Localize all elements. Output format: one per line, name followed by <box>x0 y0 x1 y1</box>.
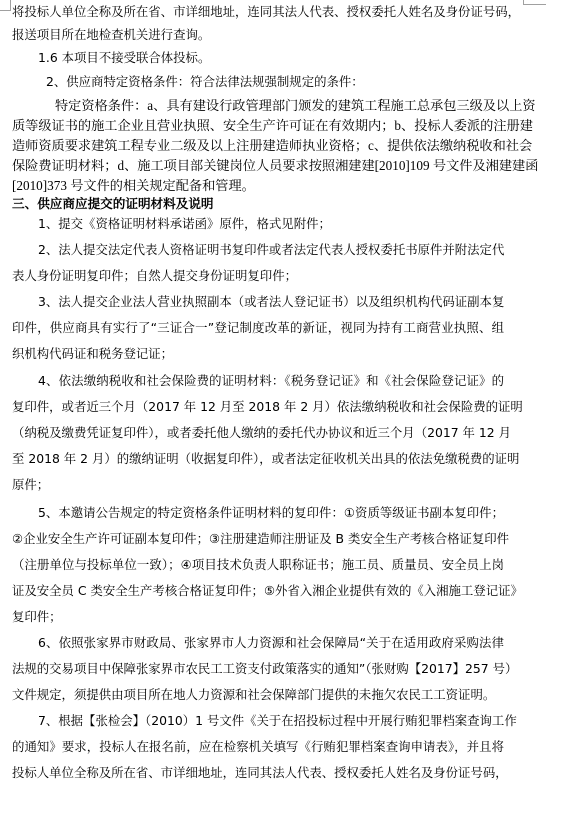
item-6-line: 6、依照张家界市财政局、张家界市人力资源和社会保障局“关于在适用政府采购法律 <box>38 633 504 653</box>
item-4-line: 复印件，或者近三个月（2017 年 12 月至 2018 年 2 月）依法缴纳税… <box>12 397 504 417</box>
special-qualification-line: 造师资质要求建筑工程专业二级及以上注册建造师执业资格；c、提供依法缴纳税收和社会 <box>12 136 504 156</box>
item-1-line: 1、提交《资格证明材料承诺函》原件，格式见附件； <box>38 214 504 234</box>
special-qualification-line: 质等级证书的施工企业且营业执照、安全生产许可证在有效期内；b、投标人委派的注册建 <box>12 116 504 136</box>
paragraph-line: 将投标人单位全称及所在省、市详细地址，连同其法人代表、授权委托人姓名及身份证号码… <box>12 2 504 22</box>
item-5-line: ②企业安全生产许可证副本复印件；③注册建造师注册证及 B 类安全生产考核合格证复… <box>12 529 504 549</box>
special-qualification-line: 特定资格条件：a、具有建设行政管理部门颁发的建筑工程施工总承包三级及以上资 <box>55 96 504 116</box>
document-page: 将投标人单位全称及所在省、市详细地址，连同其法人代表、授权委托人姓名及身份证号码… <box>0 0 568 827</box>
item-5-line: 5、本邀请公告规定的特定资格条件证明材料的复印件：①资质等级证书副本复印件； <box>38 503 504 523</box>
item-5-line: 证及安全员 C 类安全生产考核合格证复印件；⑤外省入湘企业提供有效的《入湘施工登… <box>12 581 504 601</box>
item-6-line: 法规的交易项目中保障张家界市农民工工资支付政策落实的通知”（张财购【2017】2… <box>12 659 504 679</box>
item-6-line: 文件规定，须提供由项目所在地人力资源和社会保障部门提供的未拖欠农民工工资证明。 <box>12 685 504 705</box>
item-7-line: 7、根据【张检会】（2010）1 号文件《关于在招投标过程中开展行贿犯罪档案查询… <box>38 711 504 731</box>
crop-mark-top-left <box>0 0 11 11</box>
item-2-line: 表人身份证明复印件；自然人提交身份证明复印件； <box>12 266 504 286</box>
item-2-line: 2、法人提交法定代表人资格证明书复印件或者法定代表人授权委托书原件并附法定代 <box>38 240 504 260</box>
item-7-line: 的通知》要求，投标人在报名前，应在检察机关填写《行贿犯罪档案查询申请表》，并且将 <box>12 737 504 757</box>
item-4-line: 至 2018 年 2 月）的缴纳证明（收据复印件），或者法定征收机关出具的依法免… <box>12 449 504 469</box>
special-qualification-line: 保险费证明材料；d、施工项目部关键岗位人员要求按照湘建建[2010]109 号文… <box>12 156 504 176</box>
clause-2-heading: 2、供应商特定资格条件：符合法律法规强制规定的条件： <box>46 72 504 92</box>
item-4-line: 原件； <box>12 475 504 495</box>
item-4-line: （纳税及缴费凭证复印件），或者委托他人缴纳的委托代办协议和近三个月（2017 年… <box>12 423 504 443</box>
item-5-line: 复印件； <box>12 607 504 627</box>
crop-mark-top-right <box>523 0 546 5</box>
section-3-heading: 三、供应商应提交的证明材料及说明 <box>12 194 504 214</box>
item-7-line: 投标人单位全称及所在省、市详细地址，连同其法人代表、授权委托人姓名及身份证号码， <box>12 763 504 783</box>
item-3-line: 3、法人提交企业法人营业执照副本（或者法人登记证书）以及组织机构代码证副本复 <box>38 292 504 312</box>
item-3-line: 印件，供应商具有实行了“三证合一”登记制度改革的新证，视同为持有工商营业执照、组 <box>12 318 504 338</box>
item-5-line: （注册单位与投标单位一致）；④项目技术负责人职称证书；施工员、质量员、安全员上岗 <box>12 555 504 575</box>
paragraph-line: 报送项目所在地检查机关进行查询。 <box>12 25 504 45</box>
special-qualification-line: [2010]373 号文件的相关规定配备和管理。 <box>12 176 504 196</box>
item-4-line: 4、依法缴纳税收和社会保险费的证明材料：《税务登记证》和《社会保险登记证》的 <box>38 371 504 391</box>
item-3-line: 织机构代码证和税务登记证； <box>12 344 504 364</box>
clause-1-6: 1.6 本项目不接受联合体投标。 <box>38 48 504 68</box>
